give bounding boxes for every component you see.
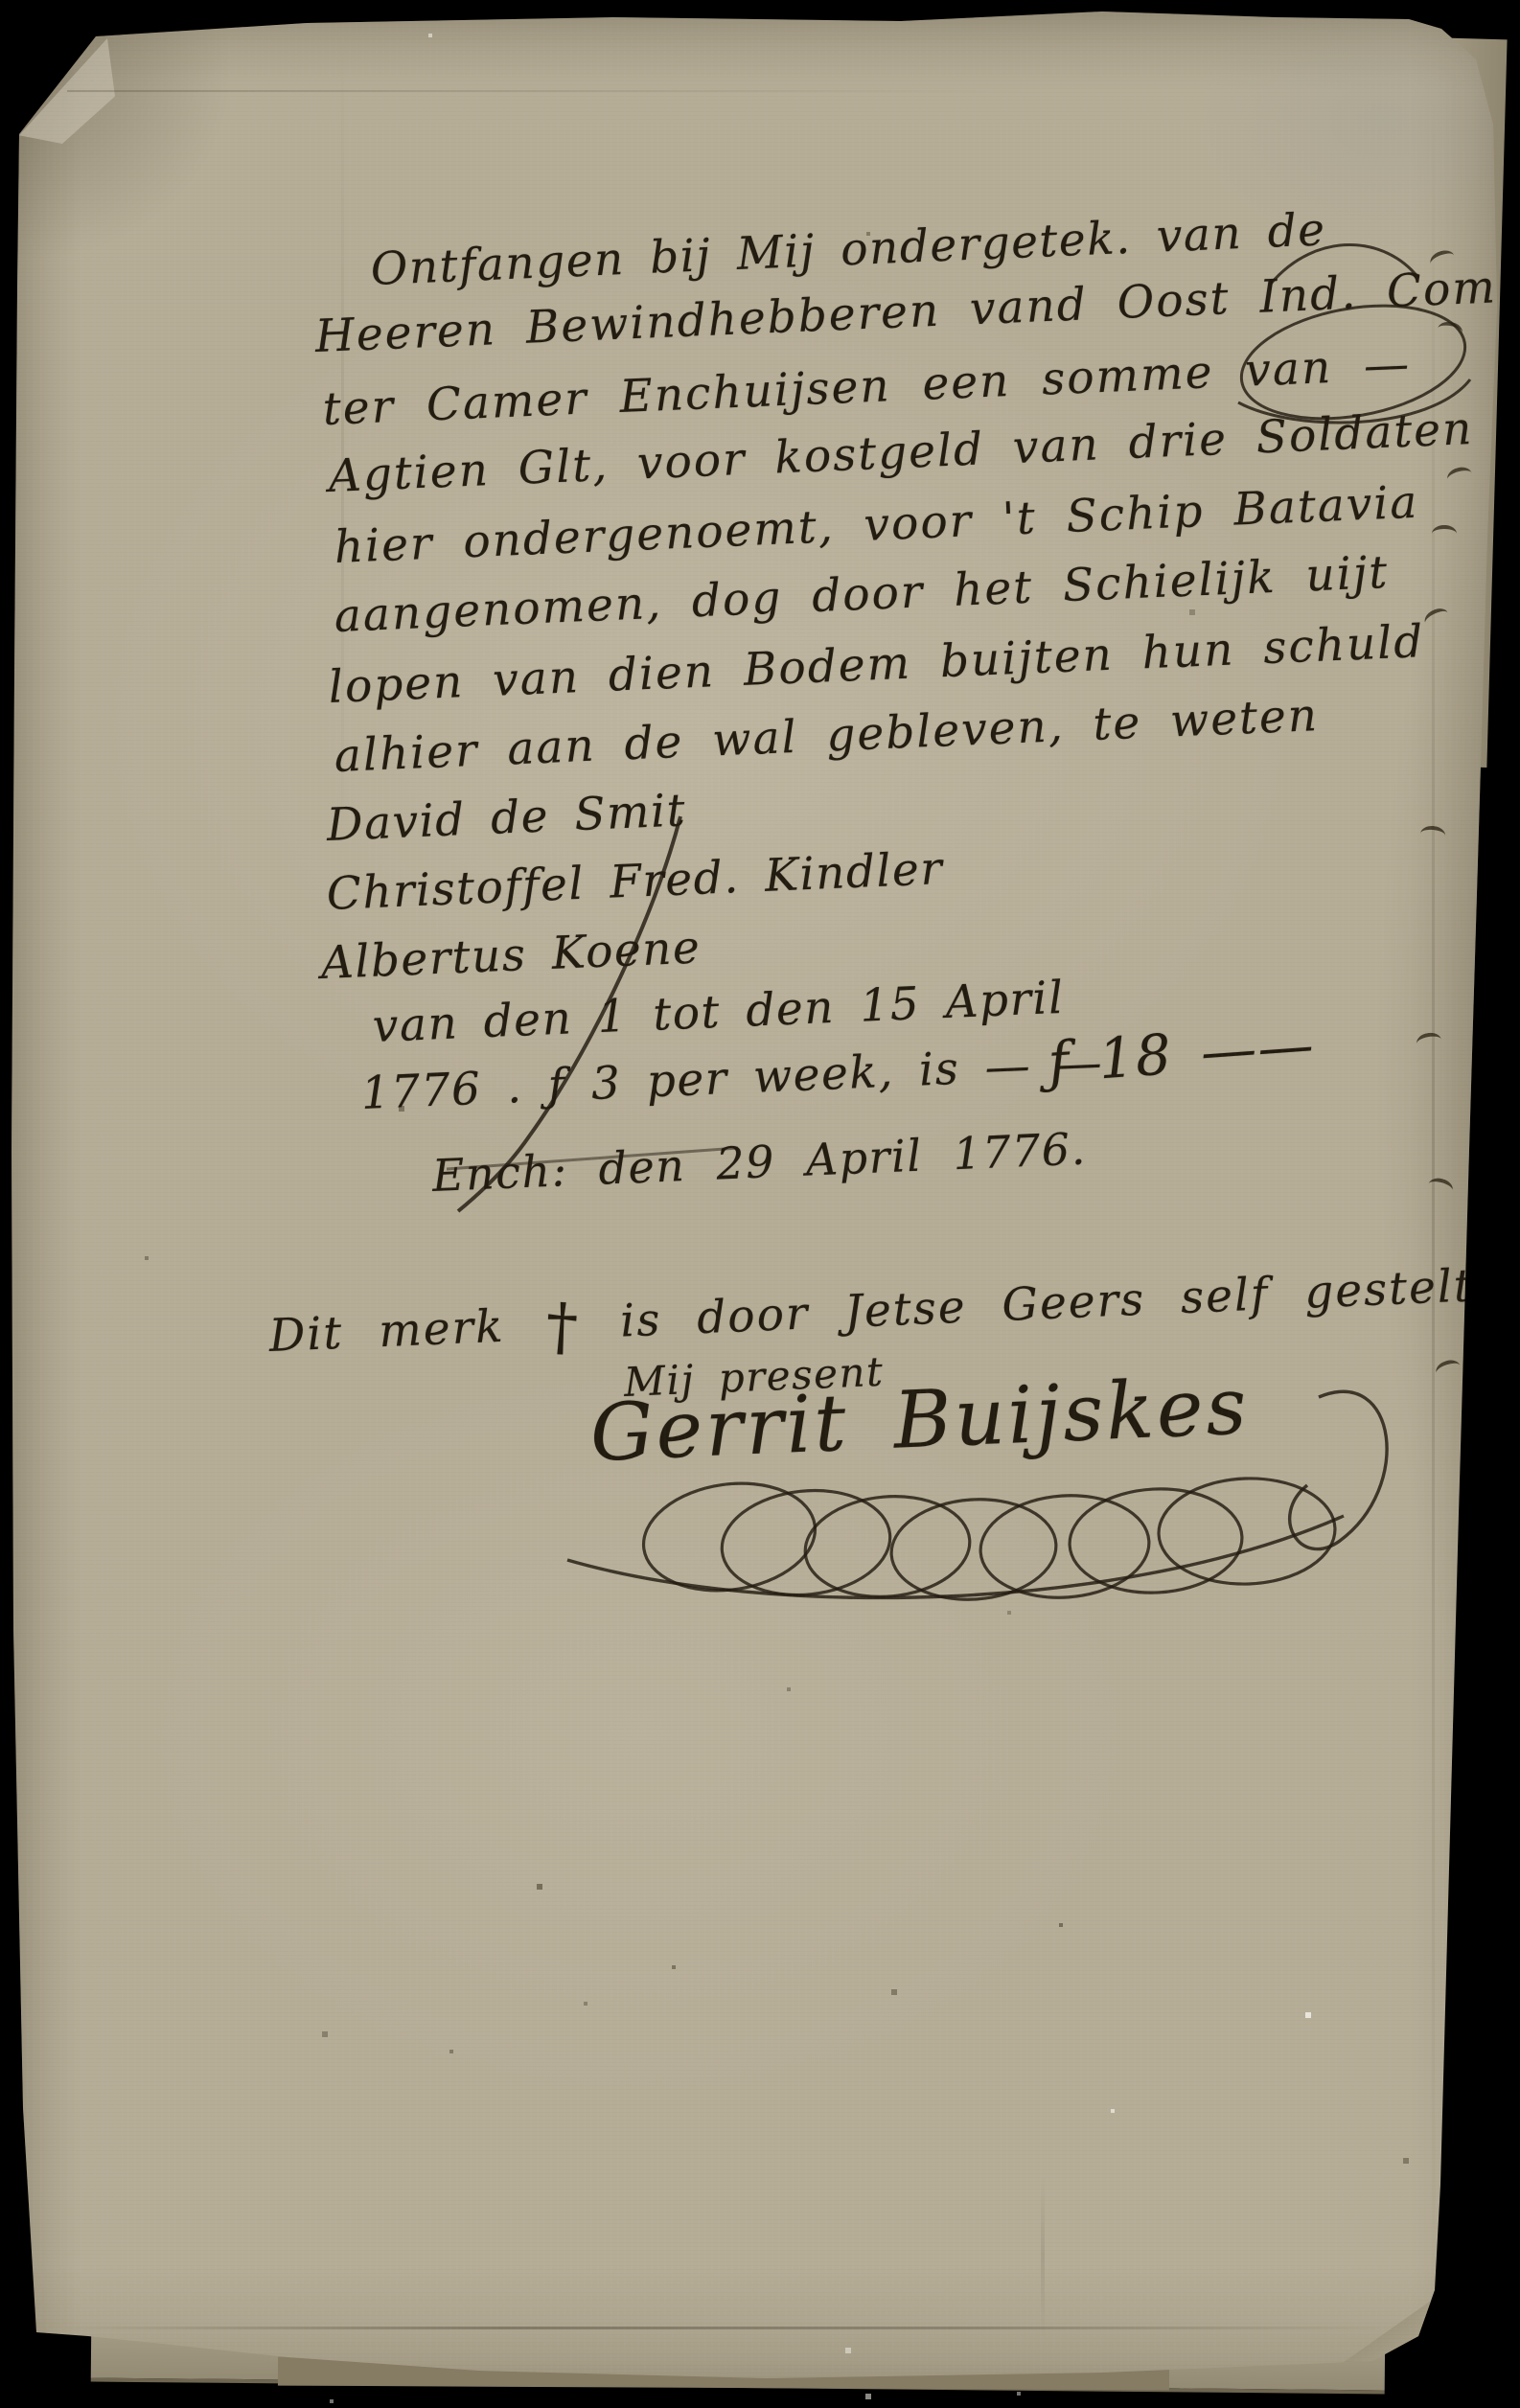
ink-bleed-mark [1421,605,1451,631]
scanner-background: Ontfangen bij Mij ondergetek. van de Hee… [0,0,1520,2408]
dust-specks [0,0,2,2]
ink-bleed-mark [1434,1357,1462,1381]
manuscript-page: Ontfangen bij Mij ondergetek. van de Hee… [0,0,1520,2408]
ink-bleed-mark [1432,525,1457,542]
crease-line [1041,2175,1045,2338]
crease-line [58,2327,1399,2329]
florin-bracket-stroke [441,811,748,1223]
crease-line [67,90,1035,92]
ink-bleed-mark [1426,1176,1455,1199]
ink-bleed-mark [1419,825,1445,844]
comp-loop-flourish [1219,287,1487,431]
amount-figure: ƒ 18 —— [1047,1015,1317,1094]
dog-eared-corner [1340,2296,1438,2365]
mark-attestation-suffix: is door Jetse Geers self gestelt. [619,1259,1491,1348]
ink-bleed-mark [1445,465,1474,488]
witness-cross-mark: † [538,1292,587,1364]
ink-bleed-mark [1416,1031,1443,1052]
signature-flourish [533,1372,1415,1612]
mark-attestation-line: Dit merk † is door Jetse Geers self gest… [267,1245,1491,1365]
mark-attestation-prefix: Dit merk [268,1300,506,1363]
